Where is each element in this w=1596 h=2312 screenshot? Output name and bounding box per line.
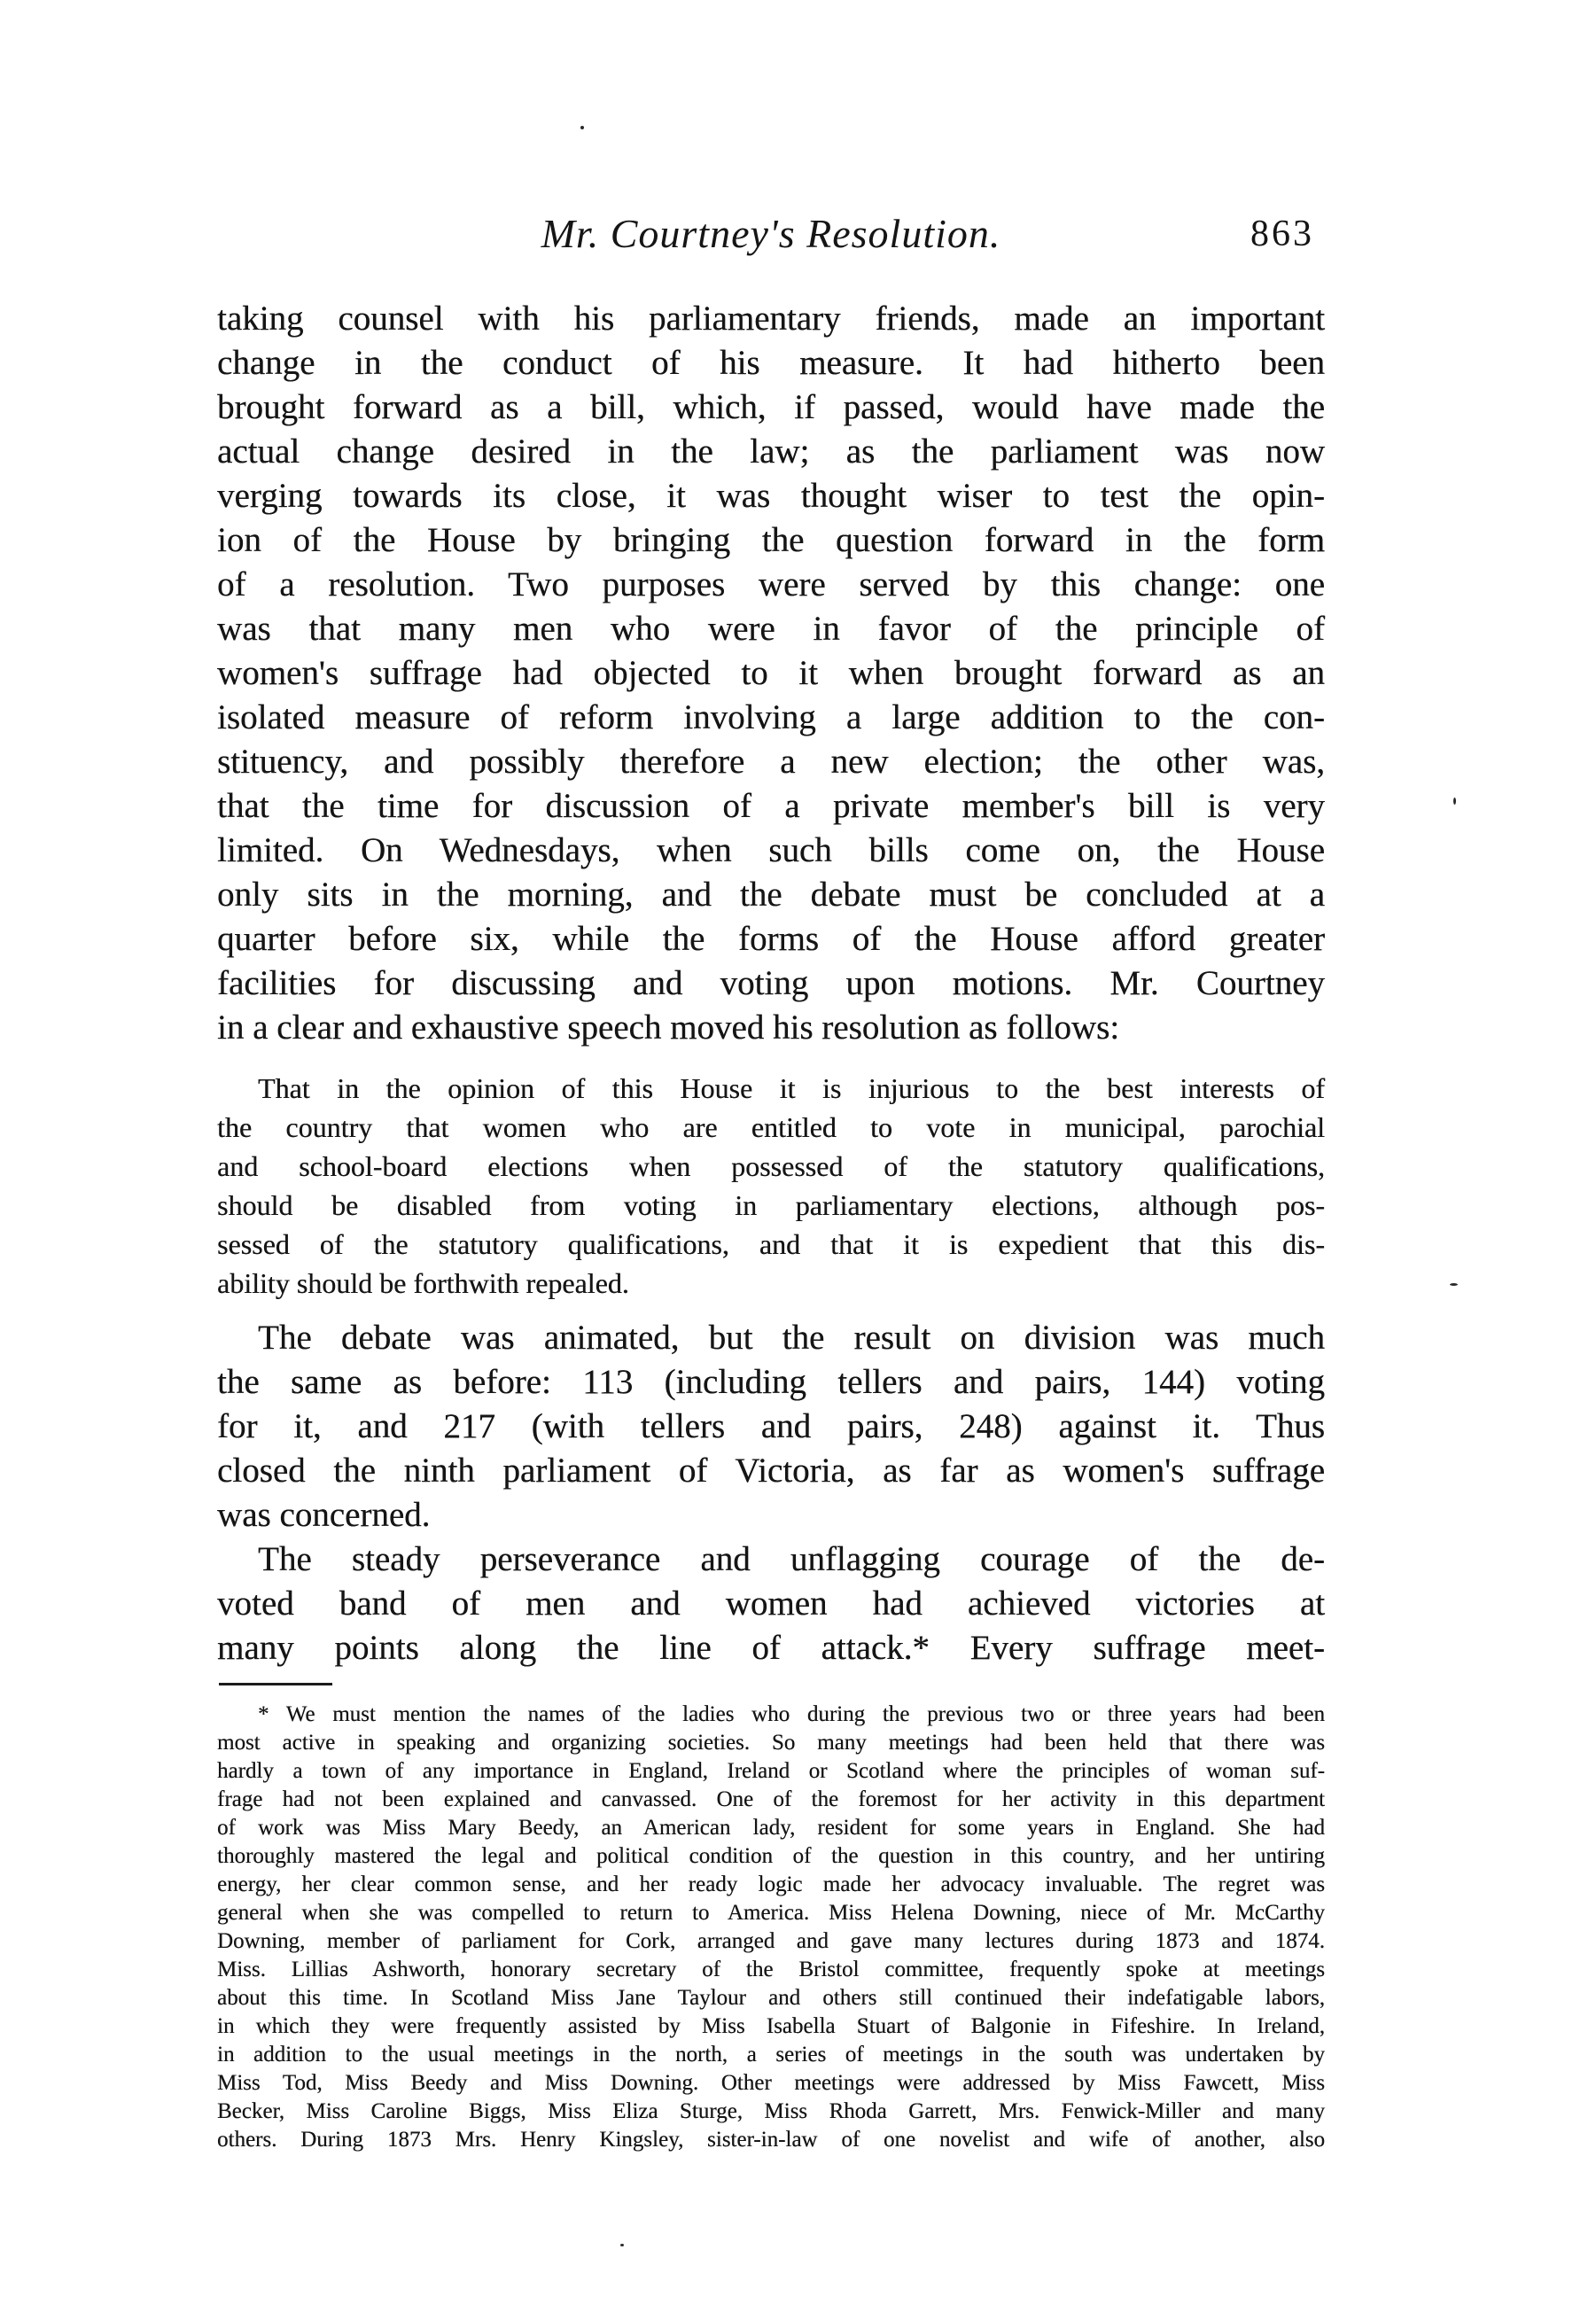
text-line: isolated measure of reform involving a l… xyxy=(217,696,1325,740)
scan-speck xyxy=(1453,798,1456,805)
text-line: verging towards its close, it was though… xyxy=(217,474,1325,518)
text-line: ability should be forthwith repealed. xyxy=(217,1264,1325,1303)
footnote: * We must mention the names of the ladie… xyxy=(217,1701,1325,2154)
text-line: the same as before: 113 (including telle… xyxy=(217,1360,1325,1405)
paragraph: The steady perseverance and unflagging c… xyxy=(217,1537,1325,1670)
page-number: 863 xyxy=(1250,206,1314,261)
footnote-rule xyxy=(219,1683,332,1685)
text-line: of work was Miss Mary Beedy, an American… xyxy=(217,1814,1325,1842)
paragraph: That in the opinion of this House it is … xyxy=(217,1069,1325,1303)
text-line: should be disabled from voting in parlia… xyxy=(217,1186,1325,1225)
text-line: others. During 1873 Mrs. Henry Kingsley,… xyxy=(217,2126,1325,2154)
text-line: and school-board elections when possesse… xyxy=(217,1147,1325,1186)
scanned-book-page: Mr. Courtney's Resolution. 863 taking co… xyxy=(0,0,1596,2312)
text-line: ion of the House by bringing the questio… xyxy=(217,518,1325,563)
text-line: hardly a town of any importance in Engla… xyxy=(217,1757,1325,1786)
text-line: quarter before six, while the forms of t… xyxy=(217,917,1325,961)
scan-speck xyxy=(1450,1283,1458,1286)
text-line: energy, her clear common sense, and her … xyxy=(217,1871,1325,1899)
text-line: women's suffrage had objected to it when… xyxy=(217,651,1325,696)
text-line: Becker, Miss Caroline Biggs, Miss Eliza … xyxy=(217,2098,1325,2126)
text-line: only sits in the morning, and the debate… xyxy=(217,873,1325,917)
text-line: voted band of men and women had achieved… xyxy=(217,1582,1325,1626)
paragraph: The debate was animated, but the result … xyxy=(217,1316,1325,1537)
text-line: taking counsel with his parliamentary fr… xyxy=(217,297,1325,341)
text-line: change in the conduct of his measure. It… xyxy=(217,341,1325,385)
text-line: Miss Tod, Miss Beedy and Miss Downing. O… xyxy=(217,2069,1325,2098)
running-title: Mr. Courtney's Resolution. xyxy=(217,206,1325,261)
paragraph: * We must mention the names of the ladie… xyxy=(217,1701,1325,2154)
text-line: The debate was animated, but the result … xyxy=(217,1316,1325,1360)
text-line: for it, and 217 (with tellers and pairs,… xyxy=(217,1405,1325,1449)
text-line: The steady perseverance and unflagging c… xyxy=(217,1537,1325,1582)
text-line: limited. On Wednesdays, when such bills … xyxy=(217,829,1325,873)
text-line: brought forward as a bill, which, if pas… xyxy=(217,385,1325,430)
scan-speck xyxy=(620,2244,624,2246)
text-line: Downing, member of parliament for Cork, … xyxy=(217,1927,1325,1956)
text-line: thoroughly mastered the legal and politi… xyxy=(217,1842,1325,1871)
body-text: taking counsel with his parliamentary fr… xyxy=(217,297,1325,1670)
text-line: sessed of the statutory qualifications, … xyxy=(217,1225,1325,1264)
text-line: Miss. Lillias Ashworth, honorary secreta… xyxy=(217,1956,1325,1984)
text-line: in which they were frequently assisted b… xyxy=(217,2012,1325,2041)
text-line: the country that women who are entitled … xyxy=(217,1108,1325,1147)
running-header: Mr. Courtney's Resolution. 863 xyxy=(217,206,1325,261)
text-line: many points along the line of attack.* E… xyxy=(217,1626,1325,1670)
text-line: in a clear and exhaustive speech moved h… xyxy=(217,1006,1325,1050)
paragraph: taking counsel with his parliamentary fr… xyxy=(217,297,1325,1050)
text-line: of a resolution. Two purposes were serve… xyxy=(217,563,1325,607)
text-line: * We must mention the names of the ladie… xyxy=(217,1701,1325,1729)
text-line: frage had not been explained and canvass… xyxy=(217,1786,1325,1814)
text-line: about this time. In Scotland Miss Jane T… xyxy=(217,1984,1325,2012)
text-line: in addition to the usual meetings in the… xyxy=(217,2041,1325,2069)
text-line: That in the opinion of this House it is … xyxy=(217,1069,1325,1108)
text-line: was concerned. xyxy=(217,1493,1325,1537)
text-line: that the time for discussion of a privat… xyxy=(217,784,1325,829)
text-line: closed the ninth parliament of Victoria,… xyxy=(217,1449,1325,1493)
text-column: Mr. Courtney's Resolution. 863 taking co… xyxy=(217,0,1325,2154)
text-line: was that many men who were in favor of t… xyxy=(217,607,1325,651)
text-line: most active in speaking and organizing s… xyxy=(217,1729,1325,1757)
text-line: facilities for discussing and voting upo… xyxy=(217,961,1325,1006)
text-line: stituency, and possibly therefore a new … xyxy=(217,740,1325,784)
text-line: general when she was compelled to return… xyxy=(217,1899,1325,1927)
text-line: actual change desired in the law; as the… xyxy=(217,430,1325,474)
